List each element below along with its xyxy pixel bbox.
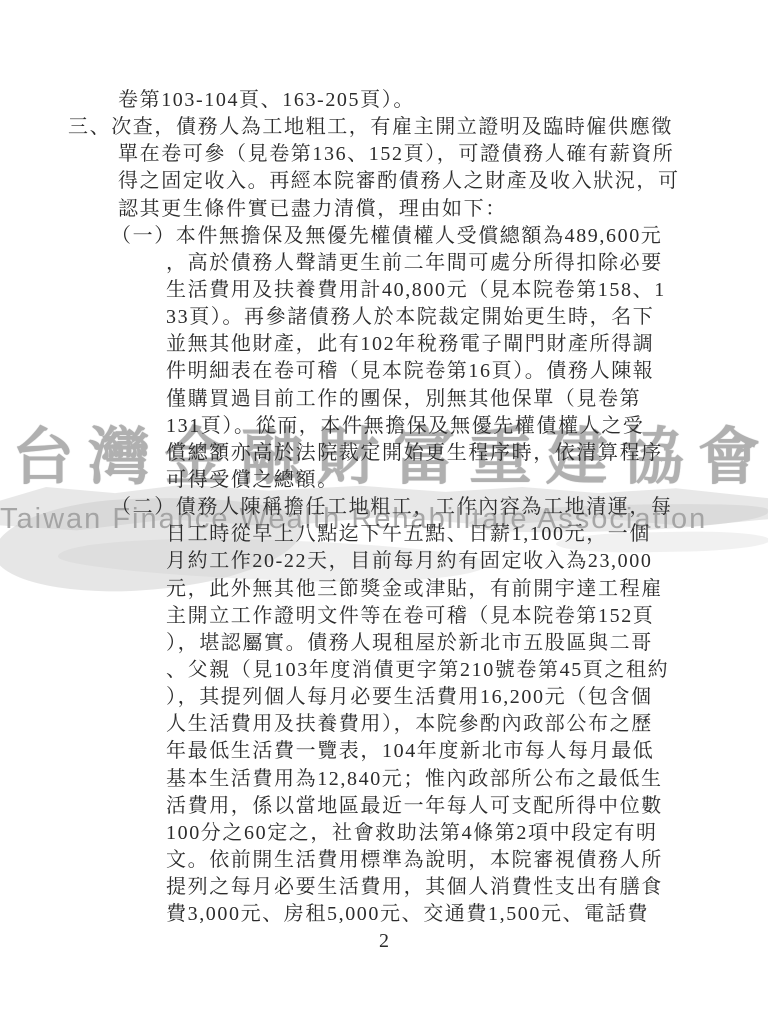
doc-line: 件明細表在卷可稽（見本院卷第16頁）。債務人陳報 <box>0 358 768 385</box>
doc-line: （二）債務人陳稱擔任工地粗工，工作內容為工地清運，每 <box>0 494 768 521</box>
doc-line: 33頁）。再參諸債務人於本院裁定開始更生時，名下 <box>0 304 768 331</box>
scanned-court-document-page: 台 灣 金 融 財 富 重 建 協 會 Taiwan Finance Wealt… <box>0 0 768 1024</box>
doc-line: 基本生活費用為12,840元；惟內政部所公布之最低生 <box>0 766 768 793</box>
doc-line: ），堪認屬實。債務人現租屋於新北市五股區與二哥 <box>0 630 768 657</box>
doc-line: 並無其他財產，此有102年稅務電子閘門財產所得調 <box>0 331 768 358</box>
doc-line: 提列之每月必要生活費用，其個人消費性支出有膳食 <box>0 874 768 901</box>
doc-line: 三、次查，債務人為工地粗工，有雇主開立證明及臨時僱供應徵 <box>0 114 768 141</box>
doc-line: （一）本件無擔保及無優先權債權人受償總額為489,600元 <box>0 223 768 250</box>
doc-line: ），其提列個人每月必要生活費用16,200元（包含個 <box>0 684 768 711</box>
doc-line: 100分之60定之，社會救助法第4條第2項中段定有明 <box>0 820 768 847</box>
doc-line: 人生活費用及扶養費用），本院參酌內政部公布之歷 <box>0 711 768 738</box>
page-number: 2 <box>0 930 768 953</box>
doc-line: 費3,000元、房租5,000元、交通費1,500元、電話費 <box>0 901 768 928</box>
doc-line: 生活費用及扶養費用計40,800元（見本院卷第158、1 <box>0 277 768 304</box>
doc-line: 文。依前開生活費用標準為說明，本院審視債務人所 <box>0 847 768 874</box>
doc-line: 日工時從早上八點迄下午五點、日薪1,100元，一個 <box>0 521 768 548</box>
doc-line: 卷第103-104頁、163-205頁）。 <box>0 87 768 114</box>
doc-line: 得之固定收入。再經本院審酌債務人之財產及收入狀況，可 <box>0 168 768 195</box>
doc-line: 償總額亦高於法院裁定開始更生程序時，依清算程序 <box>0 440 768 467</box>
doc-line: ，高於債務人聲請更生前二年間可處分所得扣除必要 <box>0 250 768 277</box>
doc-line: 年最低生活費一覽表，104年度新北市每人每月最低 <box>0 738 768 765</box>
document-text-block: 卷第103-104頁、163-205頁）。 三、次查，債務人為工地粗工，有雇主開… <box>0 87 768 928</box>
doc-line: 131頁）。從而，本件無擔保及無優先權債權人之受 <box>0 413 768 440</box>
doc-line: 僅購買過目前工作的團保，別無其他保單（見卷第 <box>0 386 768 413</box>
doc-line: 認其更生條件實已盡力清償，理由如下： <box>0 196 768 223</box>
doc-line: 單在卷可參（見卷第136、152頁），可證債務人確有薪資所 <box>0 141 768 168</box>
doc-line: 可得受償之總額。 <box>0 467 768 494</box>
doc-line: 元，此外無其他三節獎金或津貼，有前開宇達工程雇 <box>0 576 768 603</box>
doc-line: 主開立工作證明文件等在卷可稽（見本院卷第152頁 <box>0 603 768 630</box>
doc-line: 活費用，係以當地區最近一年每人可支配所得中位數 <box>0 793 768 820</box>
doc-line: 、父親（見103年度消債更字第210號卷第45頁之租約 <box>0 657 768 684</box>
doc-line: 月約工作20-22天，目前每月約有固定收入為23,000 <box>0 548 768 575</box>
